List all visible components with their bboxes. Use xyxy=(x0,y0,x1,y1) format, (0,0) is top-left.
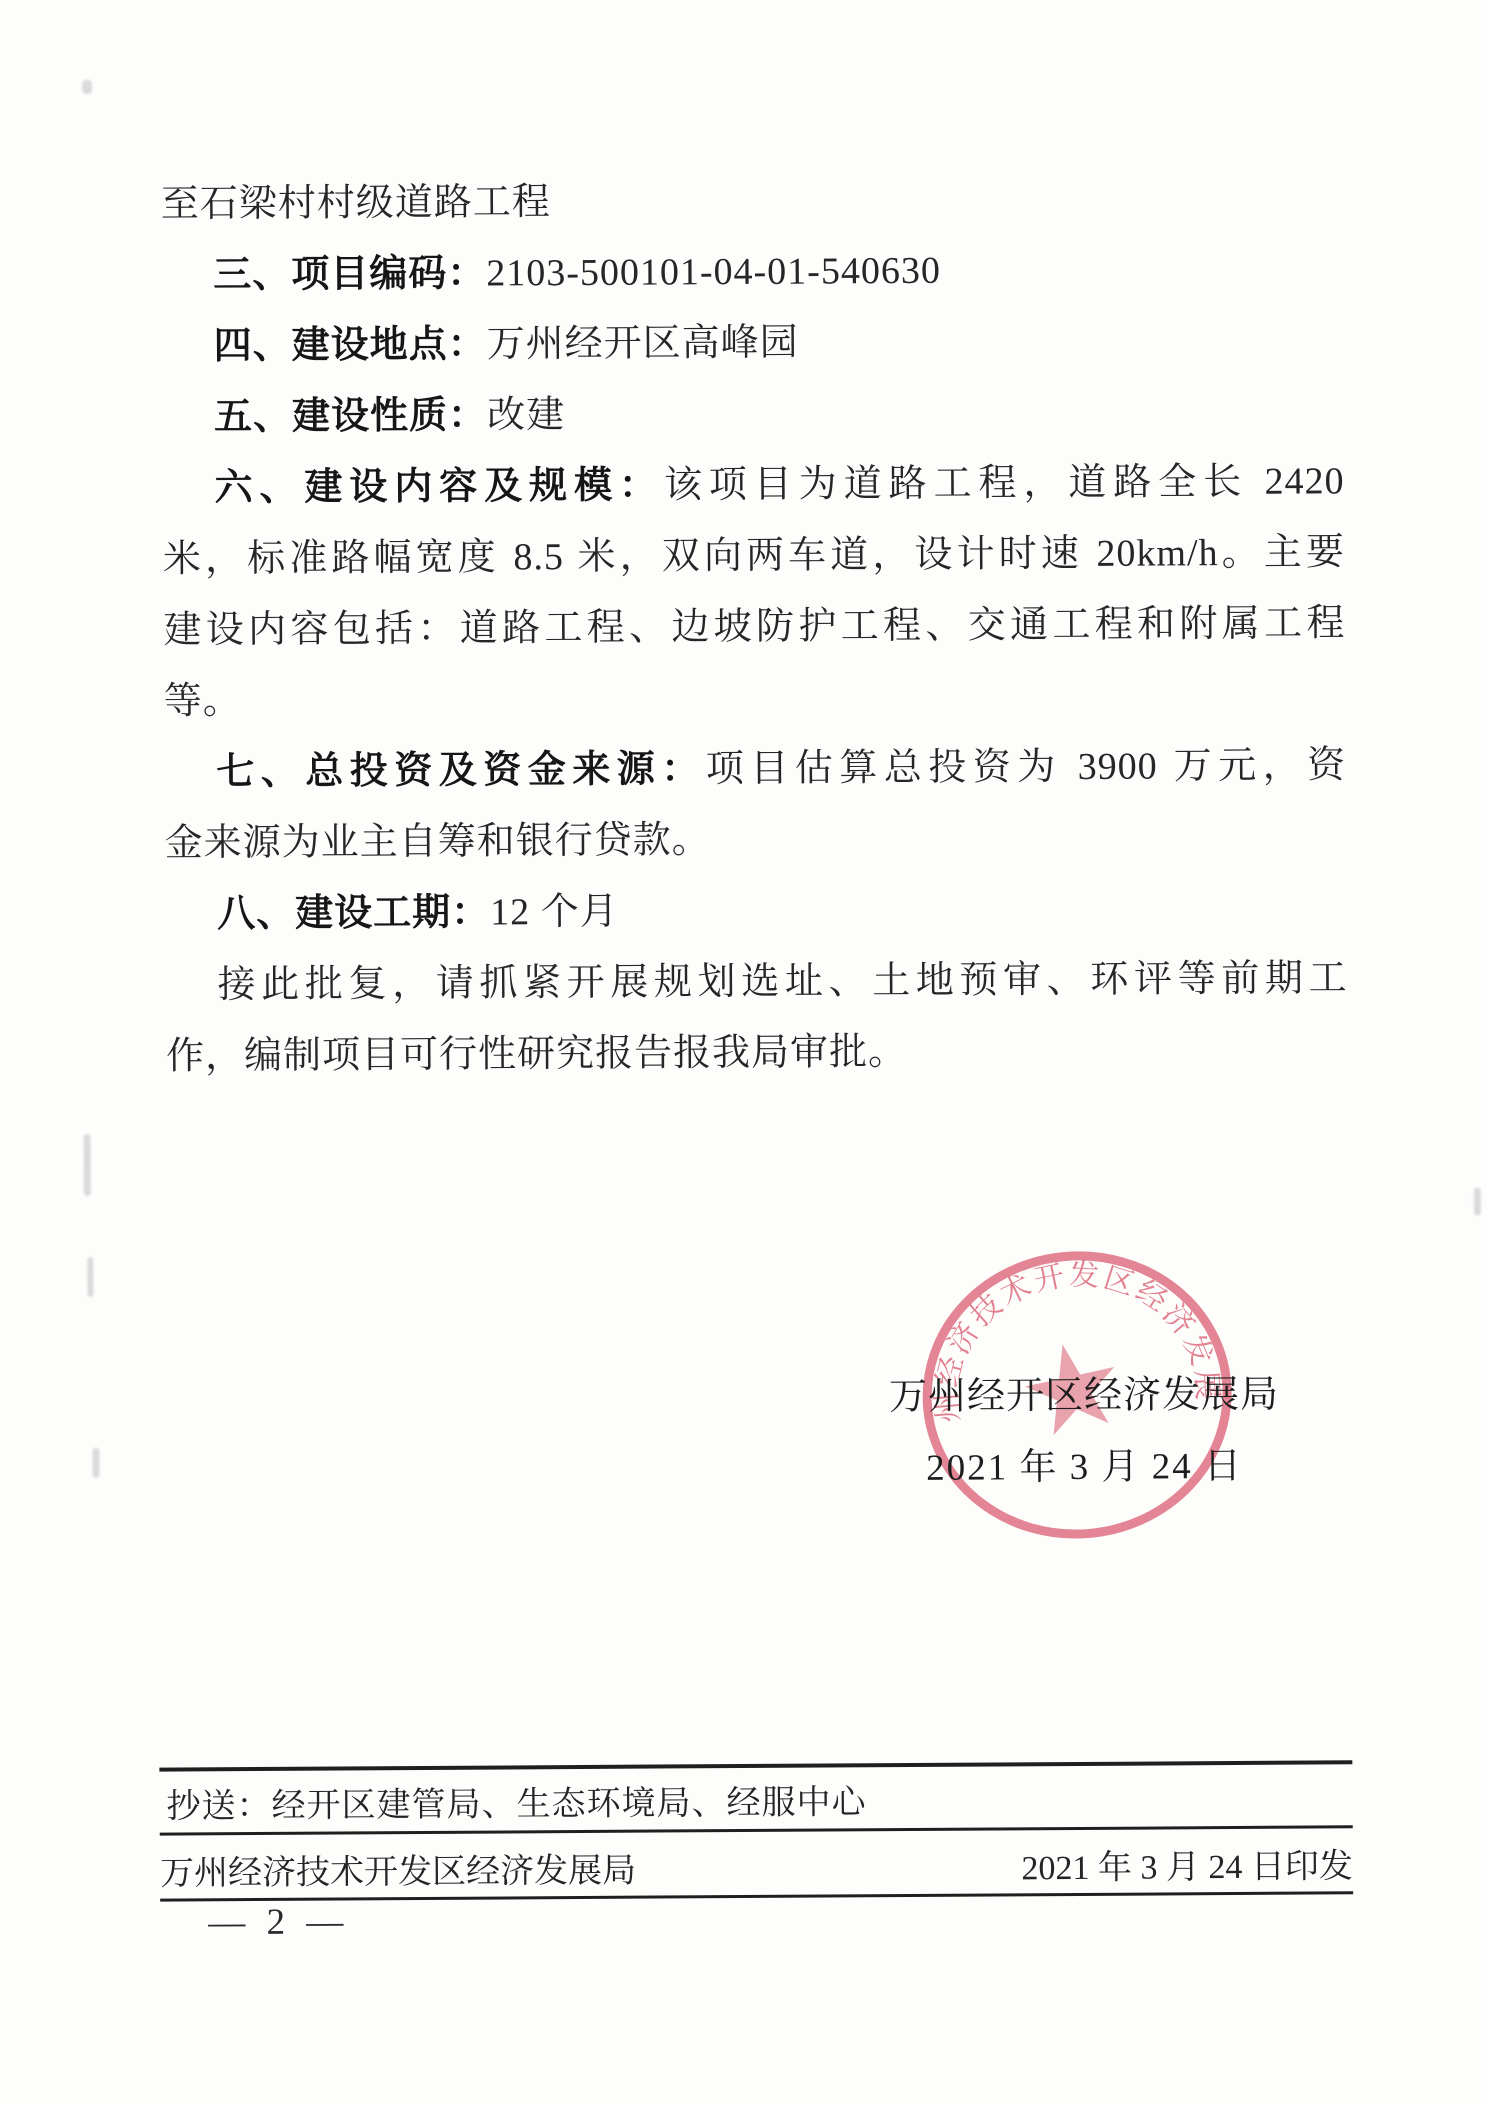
body-text: 金来源为业主自筹和银行贷款。 xyxy=(165,819,711,864)
body-text: 。主要 xyxy=(1218,531,1345,574)
section-label: 三、项目编码： xyxy=(213,253,486,297)
cc-line: 抄送：经开区建管局、生态环境局、经服中心 xyxy=(166,1781,866,1829)
scan-artifact xyxy=(1474,1187,1481,1215)
body-line: 四、建设地点：万州经开区高峰园 xyxy=(161,304,1343,382)
body-text: 20km/h xyxy=(1096,532,1218,575)
scan-artifact xyxy=(87,1257,93,1297)
body-line: 三、项目编码：2103-500101-04-01-540630 xyxy=(161,233,1343,311)
page-number: — 2 — xyxy=(208,1900,349,1944)
body-text: 2420 xyxy=(1264,460,1344,502)
body-line: 八、建设工期：12 个月 xyxy=(165,872,1347,950)
section-label: 六、建设内容及规模： xyxy=(214,464,664,509)
body-text: 项目估算总投资为 xyxy=(706,746,1078,790)
scan-artifact xyxy=(82,80,92,94)
body-line: 七、总投资及资金来源：项目估算总投资为 3900 万元，资 xyxy=(164,730,1346,808)
signature-date: 2021 年 3 月 24 日 xyxy=(874,1435,1294,1492)
body-line: 接此批复，请抓紧开展规划选址、土地预审、环评等前期工 xyxy=(165,943,1347,1021)
body-text: 米，标准路幅宽度 xyxy=(163,536,514,580)
body-text: 米，双向两车道，设计时速 xyxy=(564,533,1097,578)
scan-artifact xyxy=(83,1134,90,1196)
print-date: 2021 年 3 月 24 日印发 xyxy=(1021,1845,1353,1891)
body-text: 万州经开区高峰园 xyxy=(487,322,799,366)
body-line: 作，编制项目可行性研究报告报我局审批。 xyxy=(166,1014,1348,1092)
body-line: 米，标准路幅宽度 8.5 米，双向两车道，设计时速 20km/h。主要 xyxy=(163,517,1345,595)
section-label: 八、建设工期： xyxy=(217,892,490,936)
body-text: 万元，资 xyxy=(1158,744,1347,787)
body-text: 至石梁村村级道路工程 xyxy=(161,181,551,225)
body-text: 接此批复，请抓紧开展规划选址、土地预审、环评等前期工 xyxy=(217,957,1347,1006)
body-text: 改建 xyxy=(487,394,565,436)
body-text: 12 xyxy=(490,891,530,933)
scan-artifact xyxy=(92,1448,99,1478)
body-text: 2103-500101-04-01-540630 xyxy=(486,250,941,295)
section-label: 七、总投资及资金来源： xyxy=(216,748,706,793)
issuer-name: 万州经济技术开发区经济发展局 xyxy=(160,1850,636,1897)
body-line: 等。 xyxy=(164,659,1346,737)
body-text: 3900 xyxy=(1078,745,1158,787)
body-text: 该项目为道路工程，道路全长 xyxy=(664,461,1265,507)
section-label: 五、建设性质： xyxy=(214,395,487,439)
document-body: 至石梁村村级道路工程三、项目编码：2103-500101-04-01-54063… xyxy=(161,162,1349,1092)
section-label: 四、建设地点： xyxy=(214,324,487,368)
body-text: 个月 xyxy=(530,891,619,934)
body-line: 建设内容包括：道路工程、边坡防护工程、交通工程和附属工程 xyxy=(163,588,1345,666)
scanned-sheet: 至石梁村村级道路工程三、项目编码：2103-500101-04-01-54063… xyxy=(0,0,1487,2104)
body-text: 等。 xyxy=(164,680,242,722)
body-line: 至石梁村村级道路工程 xyxy=(161,162,1343,240)
body-line: 五、建设性质：改建 xyxy=(162,375,1344,453)
body-line: 六、建设内容及规模：该项目为道路工程，道路全长 2420 xyxy=(162,446,1344,524)
body-text: 建设内容包括：道路工程、边坡防护工程、交通工程和附属工程 xyxy=(163,602,1345,651)
body-text: 8.5 xyxy=(513,536,564,578)
signature-org: 万州经开区经济发展局 xyxy=(874,1363,1294,1421)
document-page: 至石梁村村级道路工程三、项目编码：2103-500101-04-01-54063… xyxy=(0,0,1487,2104)
footer-divider-top xyxy=(159,1760,1352,1771)
body-line: 金来源为业主自筹和银行贷款。 xyxy=(165,801,1347,879)
publisher-row: 万州经济技术开发区经济发展局 2021 年 3 月 24 日印发 xyxy=(160,1845,1353,1896)
body-text: 作，编制项目可行性研究报告报我局审批。 xyxy=(166,1031,907,1078)
